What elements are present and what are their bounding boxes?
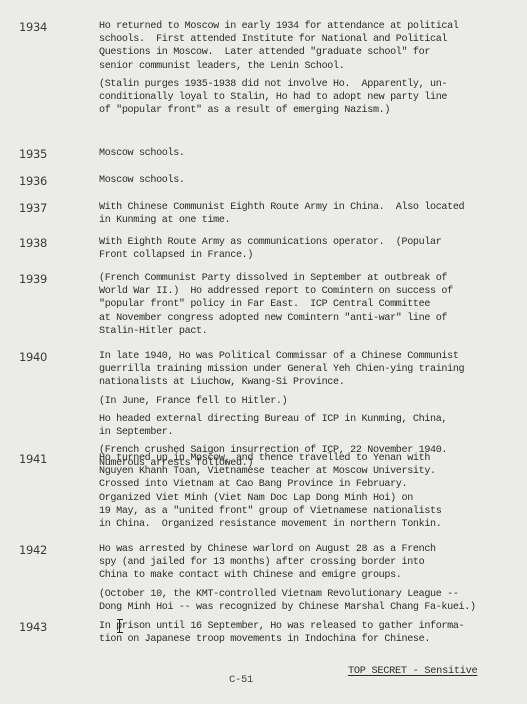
document-page: 1934 Ho returned to Moscow in early 1934… xyxy=(0,0,527,704)
entry-paragraph: In prison until 16 September, Ho was rel… xyxy=(99,620,519,646)
year-label: 1937 xyxy=(19,201,47,215)
entry-paragraph: With Chinese Communist Eighth Route Army… xyxy=(99,201,519,227)
entry-paragraph: Moscow schools. xyxy=(99,147,519,160)
entry-paragraph: Ho headed external directing Bureau of I… xyxy=(99,413,519,439)
entry-paragraph: (French Communist Party dissolved in Sep… xyxy=(99,272,519,338)
year-label: 1939 xyxy=(19,272,47,286)
year-label: 1940 xyxy=(19,350,47,364)
year-label: 1942 xyxy=(19,543,47,557)
entry-note: (October 10, the KMT-controlled Vietnam … xyxy=(99,588,519,614)
year-label: 1938 xyxy=(19,236,47,250)
entry-paragraph: In late 1940, Ho was Political Commissar… xyxy=(99,350,519,390)
year-label: 1934 xyxy=(19,20,47,34)
year-label: 1941 xyxy=(19,452,47,466)
entry-paragraph: Ho returned to Moscow in early 1934 for … xyxy=(99,20,519,73)
entry-paragraph: Ho turned up in Moscow, and thence trave… xyxy=(99,452,519,531)
year-label: 1936 xyxy=(19,174,47,188)
year-label: 1943 xyxy=(19,620,47,634)
entry-note: (In June, France fell to Hitler.) xyxy=(99,395,519,408)
page-number: C-51 xyxy=(229,674,253,686)
classification-marking: TOP SECRET - Sensitive xyxy=(348,665,477,677)
entry-paragraph: With Eighth Route Army as communications… xyxy=(99,236,519,262)
entry-paragraph: Moscow schools. xyxy=(99,174,519,187)
entry-paragraph: Ho was arrested by Chinese warlord on Au… xyxy=(99,543,519,583)
entry-note: (Stalin purges 1935-1938 did not involve… xyxy=(99,78,519,118)
text-cursor-icon xyxy=(119,619,121,633)
year-label: 1935 xyxy=(19,147,47,161)
